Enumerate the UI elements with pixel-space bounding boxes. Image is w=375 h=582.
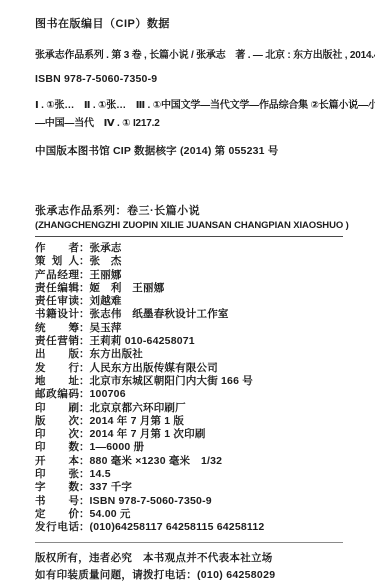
- colophon-row-editor: 责任编辑：姬 利 王丽娜: [35, 282, 361, 295]
- colophon-row-edition: 版次：2014 年 7 月第 1 版: [35, 415, 361, 428]
- colophon-label: 责任审读: [35, 295, 79, 308]
- colophon-label: 印刷: [35, 402, 79, 415]
- colophon-row-price: 定价：54.00 元: [35, 508, 361, 521]
- colophon-label: 定价: [35, 508, 79, 521]
- colophon-separator: ：: [79, 495, 90, 507]
- colophon-row-word-count: 字数：337 千字: [35, 481, 361, 494]
- colophon-separator: ：: [79, 455, 90, 467]
- colophon-separator: ：: [79, 441, 90, 453]
- colophon-separator: ：: [79, 255, 90, 267]
- colophon-value: 东方出版社: [90, 348, 144, 360]
- colophon-label: 印数: [35, 441, 79, 454]
- colophon-label: 开本: [35, 455, 79, 468]
- colophon-separator: ：: [79, 508, 90, 520]
- colophon-row-print-run: 印数：1—6000 册: [35, 441, 361, 454]
- colophon-label: 邮政编码: [35, 388, 79, 401]
- colophon-row-product-manager: 产品经理：王丽娜: [35, 269, 361, 282]
- cip-block: 图书在版编目（CIP）数据 张承志作品系列 . 第 3 卷 , 长篇小说 / 张…: [35, 15, 361, 158]
- colophon-label: 策划人: [35, 255, 79, 268]
- colophon-value: 14.5: [90, 468, 111, 480]
- colophon-separator: ：: [79, 308, 90, 320]
- colophon-value: 100706: [90, 388, 126, 400]
- colophon-row-sheets: 印张：14.5: [35, 468, 361, 481]
- series-title: 张承志作品系列：卷三·长篇小说: [35, 202, 343, 218]
- colophon-separator: ：: [79, 468, 90, 480]
- colophon-value: 北京京都六环印刷厂: [90, 402, 186, 414]
- colophon-row-isbn: 书号：ISBN 978-7-5060-7350-9: [35, 495, 361, 508]
- colophon-separator: ：: [79, 388, 90, 400]
- copyright-notice: 版权所有，违者必究 本书观点并不代表本社立场: [35, 550, 361, 567]
- colophon-row-coordinator: 统筹：吴玉萍: [35, 322, 361, 335]
- colophon-separator: ：: [79, 362, 90, 374]
- colophon-value: 王丽娜: [90, 269, 122, 281]
- cip-heading: 图书在版编目（CIP）数据: [35, 15, 361, 31]
- colophon-separator: ：: [79, 402, 90, 414]
- colophon-row-impression: 印次：2014 年 7 月第 1 次印刷: [35, 428, 361, 441]
- colophon-separator: ：: [79, 521, 90, 533]
- colophon-value: 2014 年 7 月第 1 次印刷: [90, 428, 206, 440]
- colophon-row-distributor: 发行：人民东方出版传媒有限公司: [35, 362, 361, 375]
- colophon-label: 印次: [35, 428, 79, 441]
- colophon-label: 出版: [35, 348, 79, 361]
- colophon-row-marketing: 责任营销：王莉莉 010-64258071: [35, 335, 361, 348]
- colophon-value: 337 千字: [90, 481, 133, 493]
- colophon-value: 张 杰: [90, 255, 122, 267]
- colophon-value: 吴玉萍: [90, 322, 122, 334]
- colophon-separator: ：: [79, 269, 90, 281]
- colophon-separator: ：: [79, 322, 90, 334]
- colophon-label: 作者: [35, 242, 79, 255]
- colophon-value: 张承志: [90, 242, 122, 254]
- colophon-label: 书籍设计: [35, 308, 79, 321]
- colophon-value: 姬 利 王丽娜: [90, 282, 165, 294]
- colophon-row-postcode: 邮政编码：100706: [35, 388, 361, 401]
- colophon-label: 发行电话: [35, 521, 79, 534]
- colophon-label: 统筹: [35, 322, 79, 335]
- colophon-row-book-design: 书籍设计：张志伟 纸墨春秋设计工作室: [35, 308, 361, 321]
- colophon-row-format: 开本：880 毫米 ×1230 毫米 1/32: [35, 455, 361, 468]
- colophon-value: 王莉莉 010-64258071: [90, 335, 195, 347]
- copyright-page: 图书在版编目（CIP）数据 张承志作品系列 . 第 3 卷 , 长篇小说 / 张…: [0, 0, 375, 582]
- cip-classification-line2: —中国—当代 Ⅳ . ① I217.2: [35, 115, 361, 133]
- colophon-row-author: 作者：张承志: [35, 242, 361, 255]
- colophon-value: 54.00 元: [90, 508, 131, 520]
- colophon-separator: ：: [79, 481, 90, 493]
- colophon-label: 产品经理: [35, 269, 79, 282]
- colophon-label: 字数: [35, 481, 79, 494]
- cip-record: 张承志作品系列 . 第 3 卷 , 长篇小说 / 张承志 著 . — 北京 : …: [35, 46, 361, 61]
- colophon-row-publisher: 出版：东方出版社: [35, 348, 361, 361]
- colophon-separator: ：: [79, 242, 90, 254]
- footer-notices: 版权所有，违者必究 本书观点并不代表本社立场 如有印装质量问题，请拨打电话：(0…: [35, 550, 361, 582]
- colophon-separator: ：: [79, 282, 90, 294]
- colophon-separator: ：: [79, 295, 90, 307]
- colophon-separator: ：: [79, 428, 90, 440]
- colophon-separator: ：: [79, 335, 90, 347]
- colophon-label: 书号: [35, 495, 79, 508]
- colophon-value: (010)64258117 64258115 64258112: [90, 521, 265, 533]
- series-pinyin: (ZHANGCHENGZHI ZUOPIN XILIE JUANSAN CHAN…: [35, 220, 343, 231]
- divider-rule-bottom: [35, 542, 343, 543]
- colophon-separator: ：: [79, 375, 90, 387]
- colophon-separator: ：: [79, 348, 90, 360]
- colophon-row-planner: 策划人：张 杰: [35, 255, 361, 268]
- colophon-label: 版次: [35, 415, 79, 428]
- colophon-value: 北京市东城区朝阳门内大街 166 号: [90, 375, 253, 387]
- cip-classification: Ⅰ . ①张… Ⅱ . ①张… Ⅲ . ①中国文学—当代文学—作品综合集 ②长篇…: [35, 97, 361, 133]
- colophon-separator: ：: [79, 415, 90, 427]
- colophon-row-sales-phone: 发行电话：(010)64258117 64258115 64258112: [35, 521, 361, 534]
- colophon-value: 2014 年 7 月第 1 版: [90, 415, 185, 427]
- colophon-value: ISBN 978-7-5060-7350-9: [90, 495, 212, 507]
- colophon-label: 责任营销: [35, 335, 79, 348]
- quality-hotline-notice: 如有印装质量问题，请拨打电话：(010) 64258029: [35, 567, 361, 582]
- cip-registry: 中国版本图书馆 CIP 数据核字 (2014) 第 055231 号: [35, 143, 361, 158]
- colophon-row-address: 地址：北京市东城区朝阳门内大街 166 号: [35, 375, 361, 388]
- cip-isbn: ISBN 978-7-5060-7350-9: [35, 73, 361, 85]
- colophon-label: 印张: [35, 468, 79, 481]
- colophon-value: 1—6000 册: [90, 441, 145, 453]
- series-title-block: 张承志作品系列：卷三·长篇小说 (ZHANGCHENGZHI ZUOPIN XI…: [35, 202, 343, 237]
- colophon-list: 作者：张承志 策划人：张 杰 产品经理：王丽娜 责任编辑：姬 利 王丽娜 责任审…: [35, 242, 361, 535]
- colophon-row-reviewer: 责任审读：刘越难: [35, 295, 361, 308]
- colophon-value: 刘越难: [90, 295, 122, 307]
- colophon-value: 880 毫米 ×1230 毫米 1/32: [90, 455, 223, 467]
- colophon-value: 人民东方出版传媒有限公司: [90, 362, 218, 374]
- colophon-label: 发行: [35, 362, 79, 375]
- colophon-label: 责任编辑: [35, 282, 79, 295]
- colophon-label: 地址: [35, 375, 79, 388]
- divider-rule-top: [35, 236, 343, 237]
- colophon-value: 张志伟 纸墨春秋设计工作室: [90, 308, 229, 320]
- colophon-row-printer: 印刷：北京京都六环印刷厂: [35, 402, 361, 415]
- cip-classification-line1: Ⅰ . ①张… Ⅱ . ①张… Ⅲ . ①中国文学—当代文学—作品综合集 ②长篇…: [35, 97, 361, 115]
